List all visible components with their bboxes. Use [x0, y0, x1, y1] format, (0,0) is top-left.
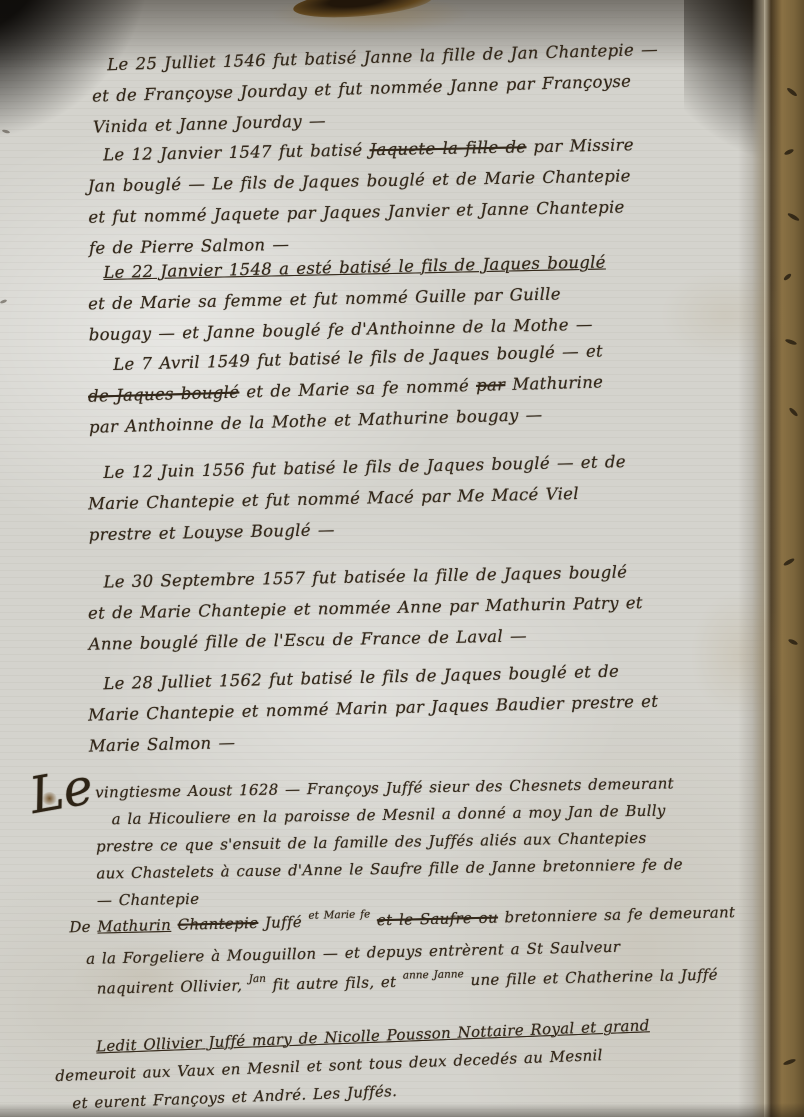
- struck-text: par: [476, 375, 506, 395]
- text-segment: prestre et Louyse Bouglé —: [89, 520, 335, 544]
- baptism-record-1562: Le 28 Julliet 1562 fut batisé le fils de…: [87, 651, 794, 761]
- text-segment: Le 22 Janvier 1548 a esté batisé le fils…: [103, 252, 606, 282]
- text-segment: Anne bouglé fille de l'Escu de France de…: [88, 626, 526, 653]
- text-segment: vingtiesme Aoust 1628 — Françoys Juffé s…: [95, 774, 674, 801]
- text-segment: bretonniere sa fe demeurant: [498, 903, 736, 926]
- text-segment: Jan bouglé — Le fils de Jaques bouglé et…: [88, 166, 631, 195]
- text-segment: fit autre fils, et: [266, 973, 403, 994]
- text-segment: Marie Chantepie et fut nommé Macé par Me…: [88, 484, 579, 513]
- text-segment: et de Marie sa fe nommé: [239, 376, 476, 402]
- baptism-record-1549: Le 7 Avril 1549 fut batisé le fils de Ja…: [87, 330, 789, 443]
- baptism-record-1546: Le 25 Julliet 1546 fut batisé Janne la f…: [91, 30, 783, 142]
- manuscript-page-photo: Le 25 Julliet 1546 fut batisé Janne la f…: [0, 0, 804, 1117]
- text-segment: naquirent Ollivier,: [97, 976, 249, 997]
- text-segment: et de Marie Chantepie et nommée Anne par…: [88, 593, 643, 623]
- interline-text: Jan: [249, 973, 267, 985]
- family-note-mathurin: De Mathurin Chantepie Juffé et Marie fe …: [69, 896, 796, 1006]
- text-segment: Le 30 Septembre 1557 fut batisée la fill…: [103, 562, 627, 591]
- struck-text: de Jaques bouglé: [88, 383, 240, 406]
- text-segment: a la Hicouliere en la paroisse de Mesnil…: [111, 802, 665, 829]
- baptism-record-1556: Le 12 Juin 1556 fut batisé le fils de Ja…: [87, 443, 789, 551]
- text-segment: aux Chastelets à cause d'Anne le Saufre …: [96, 855, 683, 882]
- struck-text: Chantepie: [177, 914, 258, 934]
- text-segment: De: [69, 918, 97, 937]
- flourished-initial: Le: [25, 757, 97, 825]
- struck-text: Jaquete la fille de: [369, 137, 526, 159]
- text-segment: Marie Salmon —: [89, 733, 236, 756]
- interline-text: et Marie fe: [308, 908, 370, 921]
- text-segment: par Missire: [526, 135, 634, 156]
- text-segment: Le 12 Juin 1556 fut batisé le fils de Ja…: [103, 452, 626, 482]
- text-segment: Vinida et Janne Jourday —: [93, 111, 326, 136]
- text-segment: — Chantepie: [97, 890, 200, 910]
- underlined-text: Mathurin: [97, 916, 171, 936]
- baptism-record-1557: Le 30 Septembre 1557 fut batisée la fill…: [87, 553, 794, 660]
- text-segment: et fut nommé Jaquete par Jaques Janvier …: [88, 197, 625, 226]
- text-segment: Juffé: [258, 913, 309, 932]
- text-segment: et de Marie sa femme et fut nommé Guille…: [88, 284, 561, 313]
- text-segment: Le 12 Janvier 1547 fut batisé: [103, 140, 370, 164]
- text-segment: prestre ce que s'ensuit de la famille de…: [96, 829, 647, 856]
- text-segment: Mathurine: [505, 372, 603, 394]
- baptism-record-1547: Le 12 Janvier 1547 fut batisé Jaquete la…: [87, 126, 789, 263]
- text-segment: une fille et Chatherine la Juffé: [464, 966, 718, 990]
- struck-text: et le Saufre ou: [377, 909, 498, 930]
- note-1628: vingtiesme Aoust 1628 — Françoys Juffé s…: [95, 769, 797, 915]
- interline-text: anne Janne: [403, 968, 464, 981]
